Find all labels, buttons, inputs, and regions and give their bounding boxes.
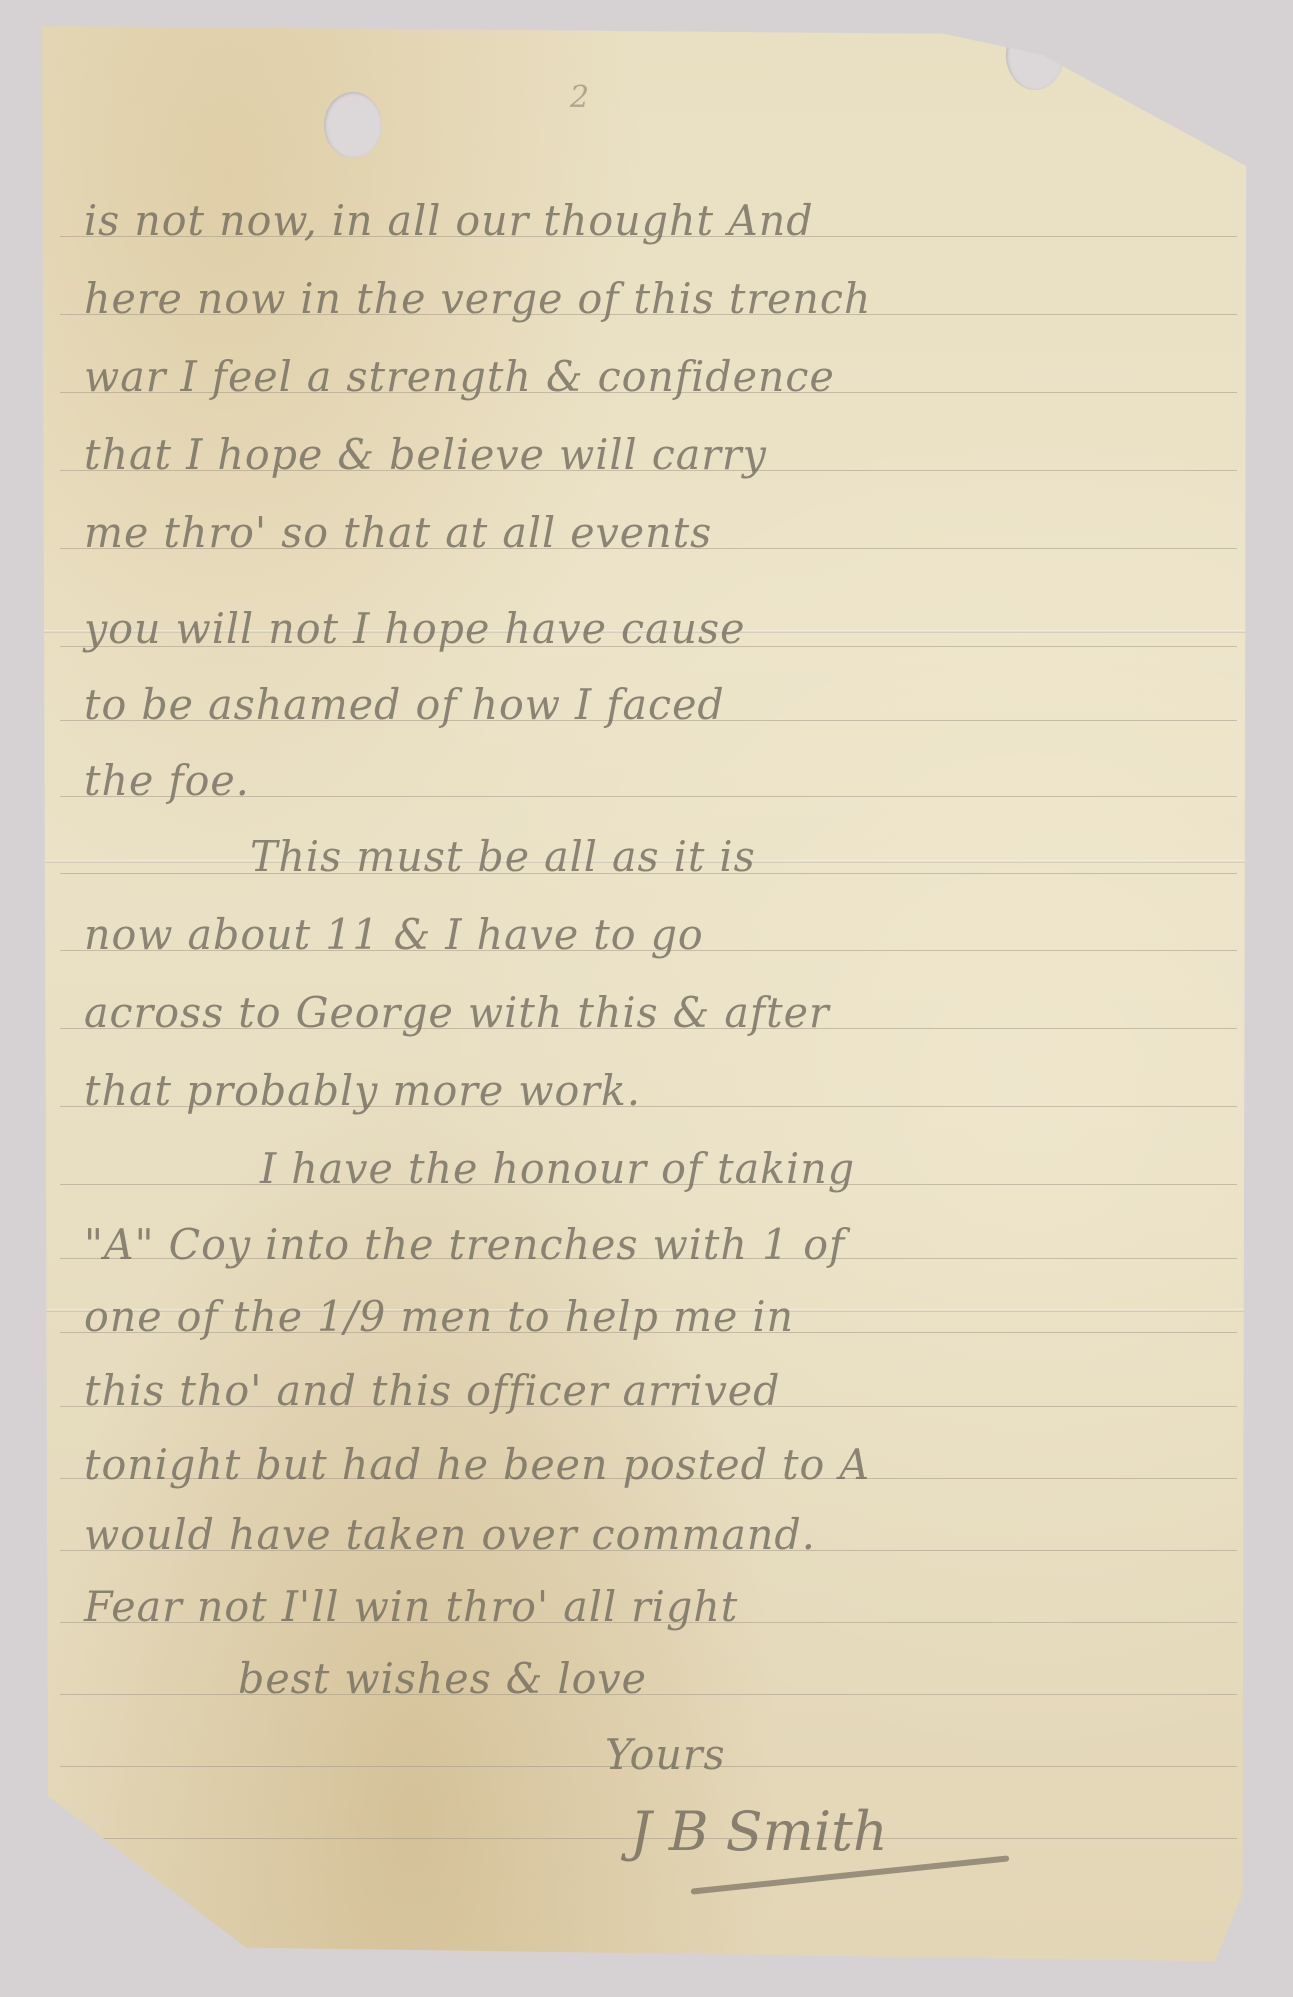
letter-line: now about 11 & I have to go [84,910,704,959]
letter-line: Fear not I'll win thro' all right [84,1582,738,1631]
letter-line: tonight but had he been posted to A [84,1440,870,1489]
punch-hole-right [1006,20,1064,90]
letter-line: here now in the verge of this trench [84,274,871,323]
letter-line: you will not I hope have cause [84,604,746,653]
letter-line: best wishes & love [238,1654,647,1703]
letter-line: the foe. [84,756,250,805]
letter-line: "A" Coy into the trenches with 1 of [84,1220,845,1269]
letter-line: is not now, in all our thought And [84,196,814,245]
punch-hole-left [324,92,382,158]
letter-line: that probably more work. [84,1066,641,1115]
letter-line: This must be all as it is [250,832,756,881]
letter-line: across to George with this & after [84,988,830,1037]
signature: J B Smith [630,1800,888,1863]
ruled-line [60,1694,1237,1695]
letter-line: would have taken over command. [84,1510,816,1559]
closing: Yours [605,1730,726,1779]
letter-line: to be ashamed of how I faced [84,680,725,729]
letter-line: me thro' so that at all events [84,508,712,557]
letter-line: that I hope & believe will carry [84,430,767,479]
letter-line: I have the honour of taking [260,1144,855,1193]
letter-line: this tho' and this officer arrived [84,1366,780,1415]
letter-line: one of the 1/9 men to help me in [84,1292,794,1341]
page-number: 2 [570,80,589,115]
letter-line: war I feel a strength & confidence [84,352,835,401]
